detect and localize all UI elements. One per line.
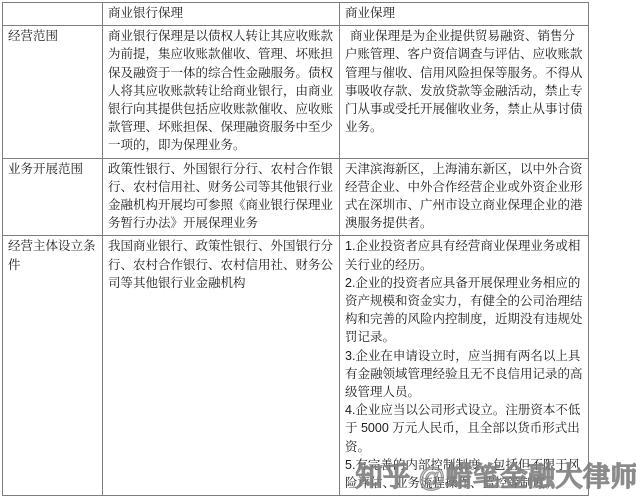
header-cell-bank-factoring: 商业银行保理: [103, 3, 340, 26]
cell-commercial-operating-area: 天津滨海新区，上海浦东新区，以中外合资经营企业、中外合作经营企业或外资企业形式在…: [340, 158, 589, 236]
row-label-operating-area: 业务开展范围: [3, 158, 103, 236]
cell-bank-operating-area: 政策性银行、外国银行分行、农村合作银行、农村信用社、财务公司等其他银行业金融机构…: [103, 158, 340, 236]
header-cell-empty: [3, 3, 103, 26]
condition-item-5: 5.有完善的内部控制制度，包括但不限于风险评估、业务流程操作、监控等制度。: [345, 456, 584, 492]
header-cell-commercial-factoring: 商业保理: [340, 3, 589, 26]
condition-item-2: 2.企业的投资者应具备开展保理业务相应的资产规模和资金实力，有健全的公司治理结构…: [345, 274, 584, 347]
cell-bank-business-scope: 商业银行保理是以债权人转让其应收账款为前提，集应收账款催收、管理、坏账担保及融资…: [103, 26, 340, 158]
cell-commercial-establishment-conditions: 1.企业投资者应具有经营商业保理业务或相关行业的经历。 2.企业的投资者应具备开…: [340, 236, 589, 496]
table-row-establishment-conditions: 经营主体设立条件 我国商业银行、政策性银行、外国银行分行、农村合作银行、农村信用…: [3, 236, 589, 496]
cell-bank-establishment-conditions: 我国商业银行、政策性银行、外国银行分行、农村合作银行、农村信用社、财务公司等其他…: [103, 236, 340, 496]
condition-item-1: 1.企业投资者应具有经营商业保理业务或相关行业的经历。: [345, 237, 584, 273]
page: 商业银行保理 商业保理 经营范围 商业银行保理是以债权人转让其应收账款为前提，集…: [0, 0, 636, 500]
condition-item-3: 3.企业在申请设立时，应当拥有两名以上具有金融领域管理经验且无不良信用记录的高级…: [345, 347, 584, 402]
comparison-table: 商业银行保理 商业保理 经营范围 商业银行保理是以债权人转让其应收账款为前提，集…: [2, 2, 589, 496]
condition-item-4: 4.企业应当以公司形式设立。注册资本不低于 5000 万元人民币，且全部以货币形…: [345, 401, 584, 456]
row-label-establishment-conditions: 经营主体设立条件: [3, 236, 103, 496]
table-row-business-scope: 经营范围 商业银行保理是以债权人转让其应收账款为前提，集应收账款催收、管理、坏账…: [3, 26, 589, 158]
table-row-operating-area: 业务开展范围 政策性银行、外国银行分行、农村合作银行、农村信用社、财务公司等其他…: [3, 158, 589, 236]
cell-commercial-business-scope: 商业保理是为企业提供贸易融资、销售分户账管理、客户资信调查与评估、应收账款管理与…: [340, 26, 589, 158]
header-row: 商业银行保理 商业保理: [3, 3, 589, 26]
row-label-business-scope: 经营范围: [3, 26, 103, 158]
